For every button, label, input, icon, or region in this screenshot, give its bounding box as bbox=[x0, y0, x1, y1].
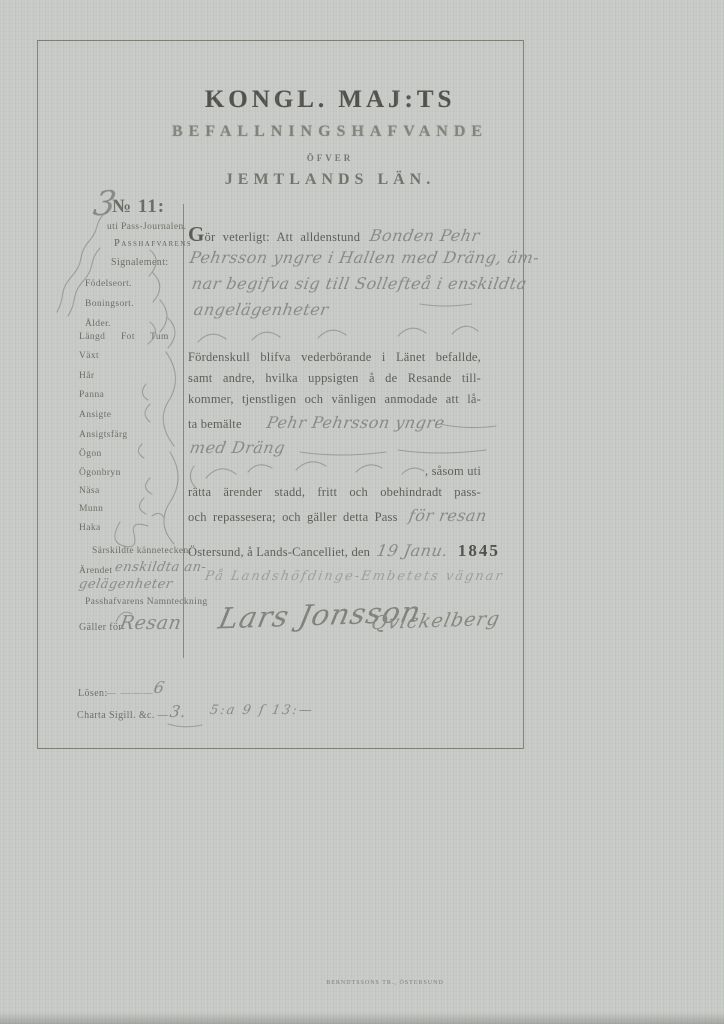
paragraph-3-line1: rätta ärender stadd, fritt och obehindra… bbox=[188, 485, 481, 500]
age-label: Ålder. bbox=[85, 319, 111, 329]
destination-handwritten: nar begifva sig till Sollefteå i enskild… bbox=[190, 274, 528, 293]
birthplace-label: Födelseort. bbox=[85, 279, 132, 289]
holder-title-label: Passhafvarens bbox=[114, 238, 192, 249]
feet-label: Fot bbox=[121, 332, 135, 342]
valid-for-handwritten: Resan bbox=[118, 612, 183, 634]
letterhead-line3: ÖFVER bbox=[150, 153, 510, 163]
year-printed: 1845 bbox=[458, 541, 500, 560]
signalement-label: Signalement: bbox=[111, 257, 169, 268]
trait-label-ansigtsfarg: Ansigtsfärg bbox=[79, 430, 128, 440]
errand-handwritten-2: gelägenheter bbox=[78, 577, 174, 592]
letterhead-line2: BEFALLNINGSHAFVANDE bbox=[150, 123, 510, 141]
paragraph-2-line3: kommer, tjenstligen och vänligen anmodad… bbox=[188, 392, 481, 407]
trait-label-panna: Panna bbox=[79, 390, 104, 400]
journal-caption: uti Pass-Journalen. bbox=[107, 222, 186, 232]
trait-label-vaxt: Växt bbox=[79, 351, 99, 361]
special-marks-label: Särskildte kännetecken: bbox=[92, 546, 192, 556]
holder-name-handwritten-2: Pehrsson yngre i Hallen med Dräng, äm- bbox=[188, 248, 541, 267]
fee-dashes: — ——— bbox=[106, 688, 154, 699]
drop-cap-g: G bbox=[188, 222, 205, 246]
paragraph-3-line2-printed: och repassesera; och gäller detta Pass bbox=[188, 510, 398, 524]
letterhead-line1: KONGL. MAJ:TS bbox=[150, 86, 510, 114]
trait-label-ansigte: Ansigte bbox=[79, 410, 111, 420]
holder-name-handwritten-3: Pehr Pehrsson yngre bbox=[265, 413, 446, 432]
paragraph-3-line2: och repassesera; och gäller detta Pass f… bbox=[188, 506, 487, 525]
errand-handwritten-1: enskildta an- bbox=[114, 560, 208, 575]
errand-label: Ärendet bbox=[79, 566, 112, 576]
paragraph-3-right: , såsom uti bbox=[188, 464, 481, 479]
trait-label-nasa: Näsa bbox=[79, 486, 100, 496]
on-behalf-handwritten: På Landshöfdinge-Embetets vägnar bbox=[204, 569, 505, 584]
paragraph-1: Gör veterligt: Att alldenstund Bonden Pe… bbox=[188, 222, 481, 247]
trait-label-ogonbryn: Ögonbryn bbox=[79, 468, 121, 478]
official-signature-2: Qvickelberg bbox=[369, 608, 502, 634]
stamp-duty-label: Charta Sigill. &c. — bbox=[77, 710, 168, 721]
letterhead-line4: JEMTLANDS LÄN. bbox=[150, 171, 510, 189]
paragraph-2-line1: Fördenskull blifva vederbörande i Länet … bbox=[188, 350, 481, 365]
pass-validity-handwritten: för resan bbox=[407, 506, 488, 525]
stamp-duty-value-handwritten: 3. bbox=[168, 702, 188, 721]
printer-imprint: BERNDTSSONS TR., ÖSTERSUND bbox=[300, 980, 470, 986]
holder-name-handwritten-1: Bonden Pehr bbox=[368, 226, 481, 245]
errand-main-handwritten: angelägenheter bbox=[192, 300, 330, 319]
place-date-line: Östersund, å Lands-Cancelliet, den 19 Ja… bbox=[188, 541, 500, 561]
paragraph-2-line2: samt andre, hvilka uppsigten å de Resand… bbox=[188, 371, 481, 386]
scan-bottom-shadow bbox=[0, 1012, 724, 1024]
scanned-passport-page: { "header": { "line1": "KONGL. MAJ:TS", … bbox=[0, 0, 724, 1024]
companion-handwritten: med Dräng bbox=[188, 438, 286, 457]
paragraph-2-line4-printed: ta bemälte bbox=[188, 417, 242, 431]
date-handwritten: 19 Janu. bbox=[376, 541, 450, 560]
holder-signature-label: Passhafvarens Namnteckning bbox=[85, 597, 208, 607]
trait-label-ogon: Ögon bbox=[79, 449, 102, 459]
trait-label-har: Hår bbox=[79, 371, 94, 381]
valid-for-label: Gäller för bbox=[79, 622, 122, 633]
inch-label: Tum bbox=[150, 332, 169, 342]
residence-label: Boningsort. bbox=[85, 299, 134, 309]
paragraph-2-line4: ta bemälte Pehr Pehrsson yngre bbox=[188, 413, 445, 432]
fee-label: Lösen: bbox=[78, 688, 108, 699]
paragraph-1-printed: ör veterligt: Att alldenstund bbox=[205, 230, 361, 244]
column-divider-line bbox=[183, 204, 184, 658]
trait-label-munn: Munn bbox=[79, 504, 103, 514]
journal-number-printed: № 11: bbox=[112, 196, 165, 218]
place-printed: Östersund, å Lands-Cancelliet, den bbox=[188, 545, 370, 559]
trait-label-haka: Haka bbox=[79, 523, 101, 533]
height-label: Längd bbox=[79, 332, 105, 342]
stamp-duty-extra-handwritten: 5:a 9 ſ 13:— bbox=[209, 703, 315, 718]
